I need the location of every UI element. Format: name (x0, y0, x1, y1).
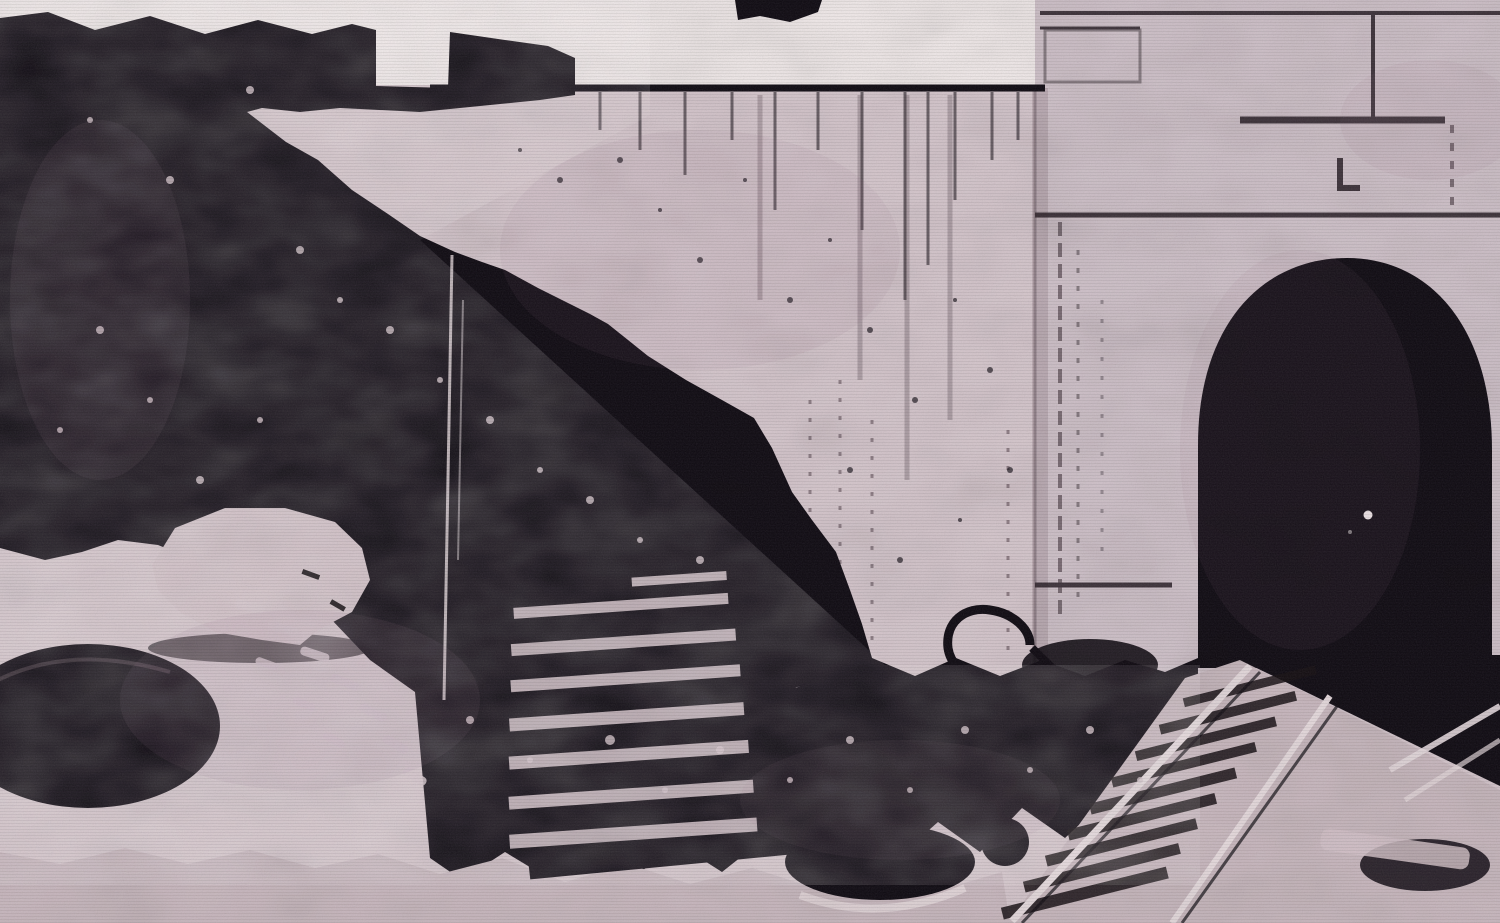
photograph (0, 0, 1500, 923)
photo-canvas (0, 0, 1500, 923)
grain-overlay (0, 0, 1500, 923)
